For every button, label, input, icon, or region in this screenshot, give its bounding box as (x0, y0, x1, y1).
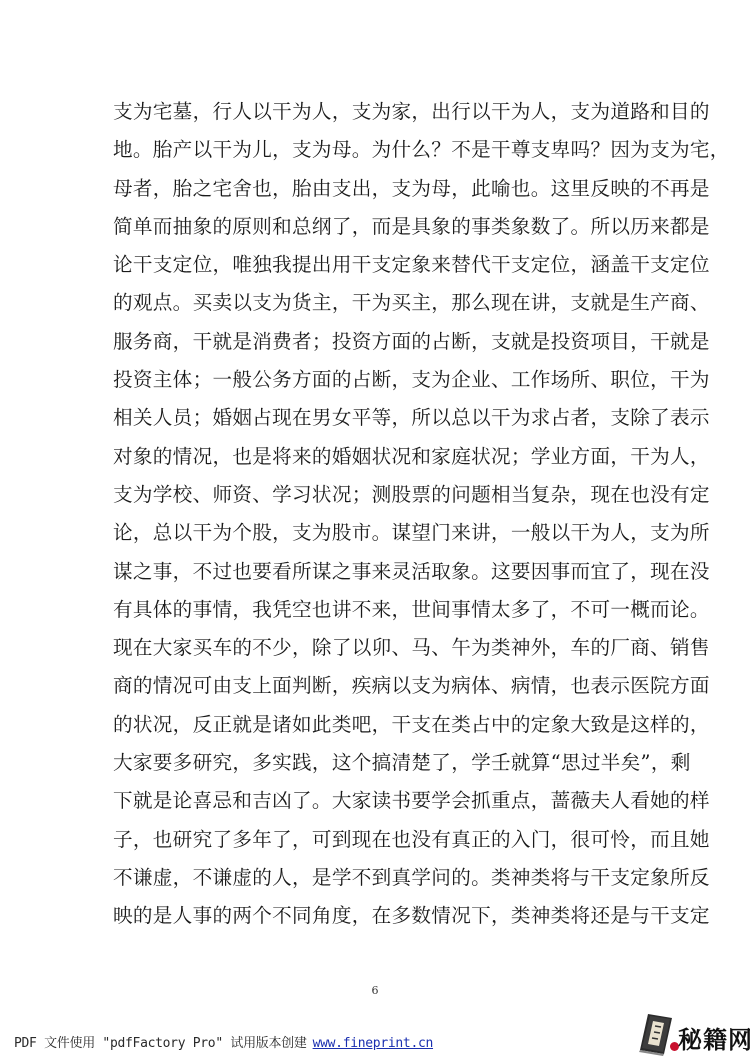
text-line: 大家要多研究，多实践，这个搞清楚了，学壬就算“思过半矣”，剩 (113, 748, 637, 786)
book-icon (638, 1012, 674, 1056)
text-line: 的观点。买卖以支为货主，干为买主，那么现在讲，支就是生产商、 (113, 288, 637, 326)
text-line: 现在大家买车的不少，除了以卯、马、午为类神外，车的厂商、销售 (113, 633, 637, 671)
text-line: 母者，胎之宅舍也，胎由支出，支为母，此喻也。这里反映的不再是 (113, 174, 637, 212)
text-line: 不谦虚，不谦虚的人，是学不到真学问的。类神类将与干支定象所反 (113, 863, 637, 901)
text-line: 地。胎产以干为儿，支为母。为什么？不是干尊支卑吗？因为支为宅， (113, 135, 637, 173)
text-line: 子，也研究了多年了，可到现在也没有真正的入门，很可怜，而且她 (113, 825, 637, 863)
text-line: 投资主体；一般公务方面的占断，支为企业、工作场所、职位，干为 (113, 365, 637, 403)
footer-text: PDF 文件使用 "pdfFactory Pro" 试用版本创建 (14, 1036, 307, 1051)
text-line: 论，总以干为个股，支为股市。谋望门来讲，一般以干为人，支为所 (113, 518, 637, 556)
text-line: 论干支定位，唯独我提出用干支定象来替代干支定位，涵盖干支定位 (113, 250, 637, 288)
text-line: 对象的情况，也是将来的婚姻状况和家庭状况；学业方面，干为人， (113, 442, 637, 480)
text-line: 谋之事，不过也要看所谋之事来灵活取象。这要因事而宜了，现在没 (113, 557, 637, 595)
text-line: 服务商，干就是消费者；投资方面的占断，支就是投资项目，干就是 (113, 327, 637, 365)
text-line: 的状况，反正就是诸如此类吧，干支在类占中的定象大致是这样的， (113, 710, 637, 748)
text-line: 下就是论喜忌和吉凶了。大家读书要学会抓重点，蔷薇夫人看她的样 (113, 786, 637, 824)
watermark-logo: 秘籍网 (638, 1008, 748, 1058)
text-line: 商的情况可由支上面判断，疾病以支为病体、病情，也表示医院方面 (113, 671, 637, 709)
text-line: 支为学校、师资、学习状况；测股票的问题相当复杂，现在也没有定 (113, 480, 637, 518)
text-line: 相关人员；婚姻占现在男女平等，所以总以干为求占者，支除了表示 (113, 403, 637, 441)
pdf-footer: PDF 文件使用 "pdfFactory Pro" 试用版本创建www.fine… (14, 1032, 433, 1051)
text-line: 支为宅墓，行人以干为人，支为家，出行以干为人，支为道路和目的 (113, 97, 637, 135)
text-line: 有具体的事情，我凭空也讲不来，世间事情太多了，不可一概而论。 (113, 595, 637, 633)
text-line: 简单而抽象的原则和总纲了，而是具象的事类象数了。所以历来都是 (113, 212, 637, 250)
page-number: 6 (0, 984, 750, 997)
text-line: 映的是人事的两个不同角度，在多数情况下，类神类将还是与干支定 (113, 901, 637, 939)
footer-link[interactable]: www.fineprint.cn (313, 1036, 433, 1051)
watermark-text: 秘籍网 (678, 1020, 750, 1055)
document-body: 支为宅墓，行人以干为人，支为家，出行以干为人，支为道路和目的 地。胎产以干为儿，… (113, 97, 637, 940)
